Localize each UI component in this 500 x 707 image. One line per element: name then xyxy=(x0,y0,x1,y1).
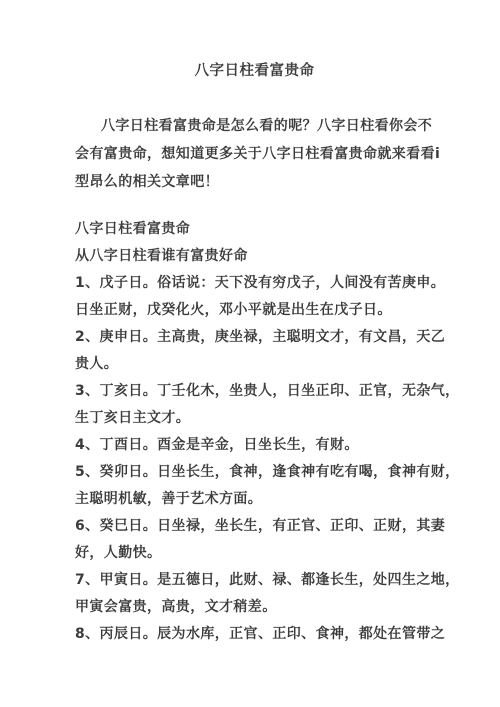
list-item-line: 7、甲寅日。是五德日，此财、禄、都逢长生，处四生之地， xyxy=(75,567,434,594)
list-item: 7、甲寅日。是五德日，此财、禄、都逢长生，处四生之地， 甲寅会富贵，高贵，文才稍… xyxy=(75,567,434,621)
sub-heading: 从八字日柱看谁有富贵好命 xyxy=(75,243,434,270)
document-content: 八字日柱看富贵命 八字日柱看富贵命是怎么看的呢？八字日柱看你会不 会有富贵命，想… xyxy=(0,0,500,648)
intro-line: 会有富贵命，想知道更多关于八字日柱看富贵命就来看看i xyxy=(75,140,434,168)
list-item-line: 1、戊子日。俗话说：天下没有穷戊子，人间没有苦庚申。 xyxy=(75,270,434,297)
list-item-line: 好，人勤快。 xyxy=(75,540,434,567)
list-item: 1、戊子日。俗话说：天下没有穷戊子，人间没有苦庚申。 日坐正财，戊癸化火，邓小平… xyxy=(75,270,434,324)
document-page: 八字日柱看富贵命 八字日柱看富贵命是怎么看的呢？八字日柱看你会不 会有富贵命，想… xyxy=(0,0,500,707)
list-item-line: 主聪明机敏，善于艺术方面。 xyxy=(75,486,434,513)
list-item: 4、丁酉日。酉金是辛金，日坐长生，有财。 xyxy=(75,432,434,459)
list-item-line: 日坐正财，戊癸化火，邓小平就是出生在戊子日。 xyxy=(75,297,434,324)
list-item: 3、丁亥日。丁壬化木，坐贵人，日坐正印、正官，无杂气， 生丁亥日主文才。 xyxy=(75,378,434,432)
list-item: 8、丙辰日。辰为水库，正官、正印、食神，都处在管带之 xyxy=(75,621,434,648)
list-item-line: 甲寅会富贵，高贵，文才稍差。 xyxy=(75,594,434,621)
list-item: 5、癸卯日。日坐长生，食神，逢食神有吃有喝，食神有财， 主聪明机敏，善于艺术方面… xyxy=(75,459,434,513)
list-item-line: 生丁亥日主文才。 xyxy=(75,405,434,432)
list-item: 2、庚申日。主高贵，庚坐禄，主聪明文才，有文昌，天乙 贵人。 xyxy=(75,324,434,378)
list-item-line: 4、丁酉日。酉金是辛金，日坐长生，有财。 xyxy=(75,432,434,459)
page-title: 八字日柱看富贵命 xyxy=(75,57,434,85)
list-item-line: 8、丙辰日。辰为水库，正官、正印、食神，都处在管带之 xyxy=(75,621,434,648)
list-item-line: 3、丁亥日。丁壬化木，坐贵人，日坐正印、正官，无杂气， xyxy=(75,378,434,405)
intro-line: 八字日柱看富贵命是怎么看的呢？八字日柱看你会不 xyxy=(75,112,434,140)
intro-line: 型昂么的相关文章吧！ xyxy=(75,168,434,196)
article-body: 八字日柱看富贵命 从八字日柱看谁有富贵好命 1、戊子日。俗话说：天下没有穷戊子，… xyxy=(75,216,434,648)
intro-paragraph: 八字日柱看富贵命是怎么看的呢？八字日柱看你会不 会有富贵命，想知道更多关于八字日… xyxy=(75,112,434,196)
list-item-line: 2、庚申日。主高贵，庚坐禄，主聪明文才，有文昌，天乙 xyxy=(75,324,434,351)
list-item-line: 贵人。 xyxy=(75,351,434,378)
list-item-line: 5、癸卯日。日坐长生，食神，逢食神有吃有喝，食神有财， xyxy=(75,459,434,486)
list-item-line: 6、癸巳日。日坐禄，坐长生，有正官、正印、正财，其妻 xyxy=(75,513,434,540)
list-item: 6、癸巳日。日坐禄，坐长生，有正官、正印、正财，其妻 好，人勤快。 xyxy=(75,513,434,567)
section-heading: 八字日柱看富贵命 xyxy=(75,216,434,243)
